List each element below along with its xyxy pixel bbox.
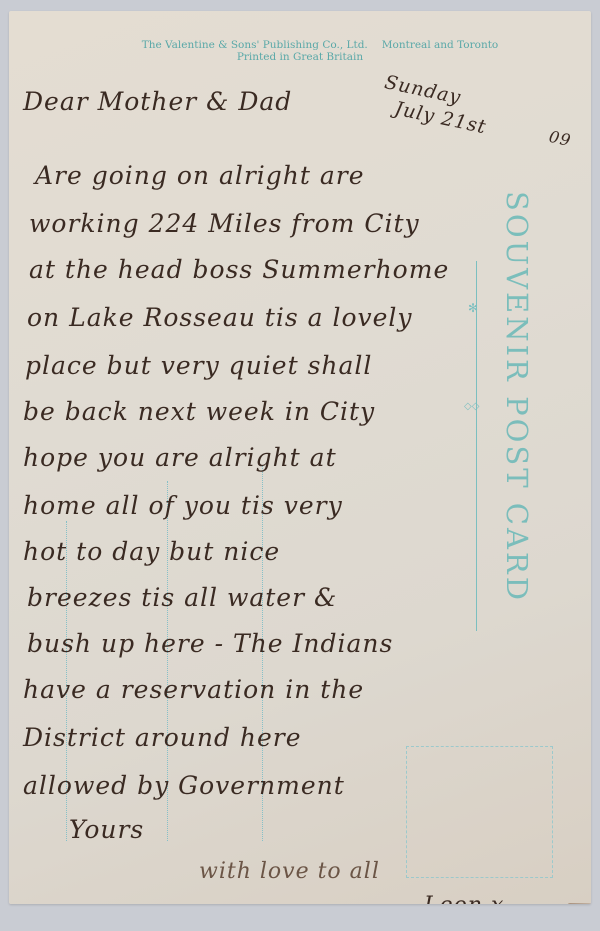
body-line: have a reservation in the bbox=[23, 675, 364, 704]
body-line: allowed by Government bbox=[23, 771, 345, 800]
stamp-box bbox=[406, 746, 553, 878]
publisher-name: The Valentine & Sons' Publishing Co., Lt… bbox=[142, 39, 368, 51]
ink-smudge bbox=[567, 903, 591, 904]
closing: Yours bbox=[69, 815, 144, 844]
body-line: District around here bbox=[23, 723, 302, 752]
divider-ornament-icon: ◇◇ bbox=[464, 401, 479, 412]
body-line: at the head boss Summerhome bbox=[29, 255, 449, 284]
body-line: home all of you tis very bbox=[23, 491, 343, 520]
body-line: breezes tis all water & bbox=[27, 583, 337, 612]
signature: Leon x bbox=[424, 893, 504, 904]
closing-love: with love to all bbox=[199, 859, 380, 884]
center-divider bbox=[476, 261, 477, 631]
printed-in: Printed in Great Britain bbox=[9, 51, 591, 63]
postcard-back: The Valentine & Sons' Publishing Co., Lt… bbox=[9, 11, 591, 904]
body-line: place but very quiet shall bbox=[25, 351, 372, 380]
body-line: on Lake Rosseau tis a lovely bbox=[27, 303, 413, 332]
salutation: Dear Mother & Dad bbox=[23, 87, 292, 116]
divider-ornament-icon: ✻ bbox=[468, 301, 478, 315]
publisher-imprint: The Valentine & Sons' Publishing Co., Lt… bbox=[9, 39, 591, 63]
date-year: 09 bbox=[547, 127, 573, 150]
body-line: Are going on alright are bbox=[35, 161, 365, 190]
body-line: hope you are alright at bbox=[23, 443, 337, 472]
body-line: hot to day but nice bbox=[23, 537, 280, 566]
publisher-location: Montreal and Toronto bbox=[382, 39, 498, 51]
body-line: bush up here - The Indians bbox=[27, 629, 393, 658]
body-line: be back next week in City bbox=[23, 397, 375, 426]
body-line: working 224 Miles from City bbox=[29, 209, 420, 238]
souvenir-post-card-label: SOUVENIR POST CARD bbox=[494, 191, 534, 591]
